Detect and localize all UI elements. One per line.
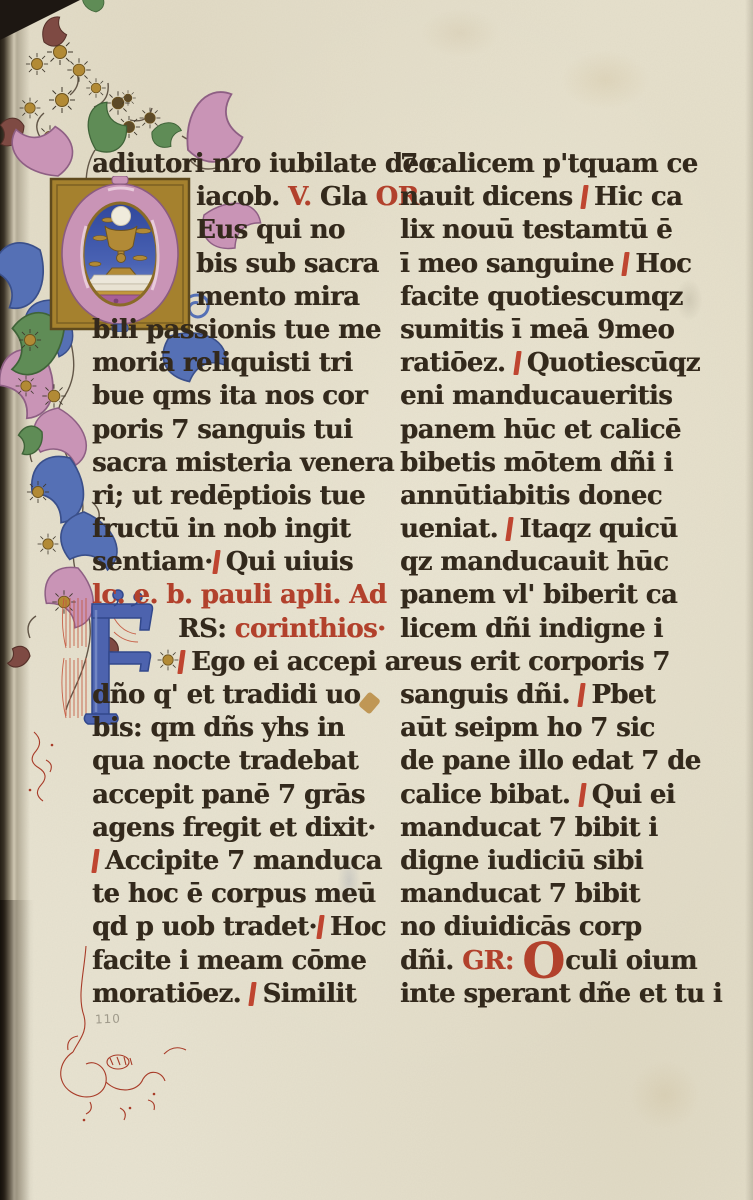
body-text: bibetis mōtem dñi i <box>400 448 673 478</box>
paragraph-mark <box>513 351 521 375</box>
text-line: ri; ut redēptiois tue <box>92 480 392 513</box>
text-line: fructū in nob ingit <box>92 513 392 546</box>
text-line: sentiam·Qui uiuis <box>92 546 392 579</box>
text-line: sumitis ī meā 9meo <box>400 314 720 347</box>
text-line: qz manducauit hūc <box>400 546 720 579</box>
paragraph-mark <box>622 252 630 276</box>
body-text: sumitis ī meā 9meo <box>400 315 674 345</box>
text-line: qd p uob tradet·Hoc <box>92 911 392 944</box>
text-line: ī meo sanguine Hoc <box>400 248 720 281</box>
text-line: Accipite 7 manduca <box>92 845 392 878</box>
body-text: moratiōez. <box>92 979 249 1009</box>
body-text: moriā reliquisti tri <box>92 348 352 378</box>
rubric-text: corinthios· <box>235 614 386 644</box>
body-text: panem vl' biberit ca <box>400 580 677 610</box>
text-column-left: adiutori nro iubilate deoiacob. V. Gla O… <box>92 148 392 1011</box>
text-line: lc. e. b. pauli apli. Ad <box>92 579 392 612</box>
body-text: accepit panē 7 grās <box>92 780 365 810</box>
body-text: annūtiabitis donec <box>400 481 662 511</box>
rubric-text: V. <box>288 182 320 212</box>
body-text: manducat 7 bibit <box>400 879 640 909</box>
text-line: Eus qui no <box>92 214 392 247</box>
parchment-stain <box>420 8 500 58</box>
body-text: Qui uiuis <box>226 547 353 577</box>
body-text: dño q' et tradidi uo <box>92 680 360 710</box>
rubric-text: lc. e. b. pauli apli. Ad <box>92 580 386 610</box>
body-text: culi oium <box>565 946 697 976</box>
text-line: facite i meam cōme <box>92 945 392 978</box>
body-text: ri; ut redēptiois tue <box>92 481 365 511</box>
body-text: dñi. <box>400 946 462 976</box>
text-line: Ego ei accepi a <box>92 646 392 679</box>
body-text: sanguis dñi. <box>400 680 578 710</box>
body-text: Accipite 7 manduca <box>105 846 382 876</box>
text-line: annūtiabitis donec <box>400 480 720 513</box>
body-text: qd p uob tradet· <box>92 912 317 942</box>
body-text: poris 7 sanguis tui <box>92 415 352 445</box>
parchment-stain <box>560 50 650 110</box>
body-text: inte sperant dñe et tu i <box>400 979 722 1009</box>
body-text: facite quotiescumqz <box>400 282 683 312</box>
body-text: reus erit corporis 7 <box>400 647 670 677</box>
body-text: Itaqz quicū <box>519 514 677 544</box>
paragraph-mark <box>249 982 257 1006</box>
text-line: accepit panē 7 grās <box>92 779 392 812</box>
manuscript-page: adiutori nro iubilate deoiacob. V. Gla O… <box>0 0 753 1200</box>
text-line: te hoc ē corpus meū <box>92 878 392 911</box>
text-line: bis sub sacra <box>92 248 392 281</box>
body-text: aūt seipm ho 7 sic <box>400 713 655 743</box>
body-text: bili passionis tue me <box>92 315 381 345</box>
body-text: Qui ei <box>592 780 675 810</box>
body-text: lix nouū testamtū ē <box>400 215 672 245</box>
body-text: ī meo sanguine <box>400 249 622 279</box>
body-text: te hoc ē corpus meū <box>92 879 376 909</box>
body-text: panem hūc et calicē <box>400 415 681 445</box>
body-text: sacra misteria venera <box>92 448 394 478</box>
body-text: ratiōez. <box>400 348 514 378</box>
paragraph-mark <box>177 650 185 674</box>
text-line: bibetis mōtem dñi i <box>400 447 720 480</box>
text-line: mento mira <box>92 281 392 314</box>
rubric-text: GR: <box>462 946 522 976</box>
text-line: digne iudiciū sibi <box>400 845 720 878</box>
body-text: Similit <box>262 979 356 1009</box>
paragraph-mark <box>578 783 586 807</box>
body-text: licem dñi indigne i <box>400 614 663 644</box>
body-text: agens fregit et dixit· <box>92 813 376 843</box>
text-line: lix nouū testamtū ē <box>400 214 720 247</box>
body-text: Hoc <box>330 912 386 942</box>
text-line: sacra misteria venera <box>92 447 392 480</box>
text-line: poris 7 sanguis tui <box>92 414 392 447</box>
text-line: qua nocte tradebat <box>92 745 392 778</box>
text-line: ratiōez. Quotiescūqz <box>400 347 720 380</box>
text-line: manducat 7 bibit i <box>400 812 720 845</box>
text-line: bue qms ita nos cor <box>92 380 392 413</box>
body-text: digne iudiciū sibi <box>400 846 643 876</box>
body-text: ueniat. <box>400 514 506 544</box>
paragraph-mark <box>578 683 586 707</box>
body-text: mento mira <box>196 282 359 312</box>
body-text: nauit dicens <box>400 182 581 212</box>
text-line: adiutori nro iubilate deo <box>92 148 392 181</box>
text-line: iacob. V. Gla OR <box>92 181 392 214</box>
body-text: qz manducauit hūc <box>400 547 668 577</box>
text-line: RS: corinthios· <box>92 613 392 646</box>
text-line: facite quotiescumqz <box>400 281 720 314</box>
folio-number: 110 <box>95 1012 121 1027</box>
body-text: RS: <box>178 614 235 644</box>
body-text: de pane illo edat 7 de <box>400 746 701 776</box>
text-line: agens fregit et dixit· <box>92 812 392 845</box>
body-text: qua nocte tradebat <box>92 746 358 776</box>
text-line: panem vl' biberit ca <box>400 579 720 612</box>
text-line: dño q' et tradidi uo <box>92 679 392 712</box>
body-text: bue qms ita nos cor <box>92 381 367 411</box>
body-text: Gla <box>320 182 376 212</box>
text-line: bili passionis tue me <box>92 314 392 347</box>
body-text: manducat 7 bibit i <box>400 813 657 843</box>
text-line: 7 calicem p'tquam ce <box>400 148 720 181</box>
text-line: de pane illo edat 7 de <box>400 745 720 778</box>
text-line: licem dñi indigne i <box>400 613 720 646</box>
body-text: Hic ca <box>594 182 682 212</box>
body-text: bis sub sacra <box>196 249 379 279</box>
body-text: Eus qui no <box>196 215 345 245</box>
body-text: bis: qm dñs yhs in <box>92 713 345 743</box>
text-line: sanguis dñi. Pbet <box>400 679 720 712</box>
body-text: sentiam· <box>92 547 213 577</box>
text-line: eni manducaueritis <box>400 380 720 413</box>
body-text: fructū in nob ingit <box>92 514 350 544</box>
body-text: eni manducaueritis <box>400 381 672 411</box>
text-line: manducat 7 bibit <box>400 878 720 911</box>
body-text: 7 calicem p'tquam ce <box>400 149 698 179</box>
text-line: ueniat. Itaqz quicū <box>400 513 720 546</box>
text-line: calice bibat. Qui ei <box>400 779 720 812</box>
body-text: calice bibat. <box>400 780 579 810</box>
text-column-right: 7 calicem p'tquam cenauit dicens Hic cal… <box>400 148 720 1011</box>
text-line: moratiōez. Similit <box>92 978 392 1011</box>
body-text: Hoc <box>635 249 691 279</box>
body-text: iacob. <box>196 182 288 212</box>
text-line: dñi. GR: Oculi oium <box>400 945 720 978</box>
text-line: reus erit corporis 7 <box>400 646 720 679</box>
body-text: facite i meam cōme <box>92 946 366 976</box>
page-edge <box>745 0 753 1200</box>
body-text: no diuidicās corp <box>400 912 641 942</box>
body-text: Pbet <box>591 680 655 710</box>
paragraph-mark <box>580 185 588 209</box>
paragraph-mark <box>212 550 220 574</box>
body-text: Ego ei accepi a <box>191 647 401 677</box>
text-line: aūt seipm ho 7 sic <box>400 712 720 745</box>
text-line: nauit dicens Hic ca <box>400 181 720 214</box>
text-line: moriā reliquisti tri <box>92 347 392 380</box>
text-line: bis: qm dñs yhs in <box>92 712 392 745</box>
paragraph-mark <box>91 849 99 873</box>
paragraph-mark <box>316 915 324 939</box>
text-line: inte sperant dñe et tu i <box>400 978 720 1011</box>
paragraph-mark <box>506 517 514 541</box>
text-line: panem hūc et calicē <box>400 414 720 447</box>
body-text: Quotiescūqz <box>527 348 700 378</box>
body-text: adiutori nro iubilate deo <box>92 149 435 179</box>
parchment-stain <box>630 1060 700 1130</box>
